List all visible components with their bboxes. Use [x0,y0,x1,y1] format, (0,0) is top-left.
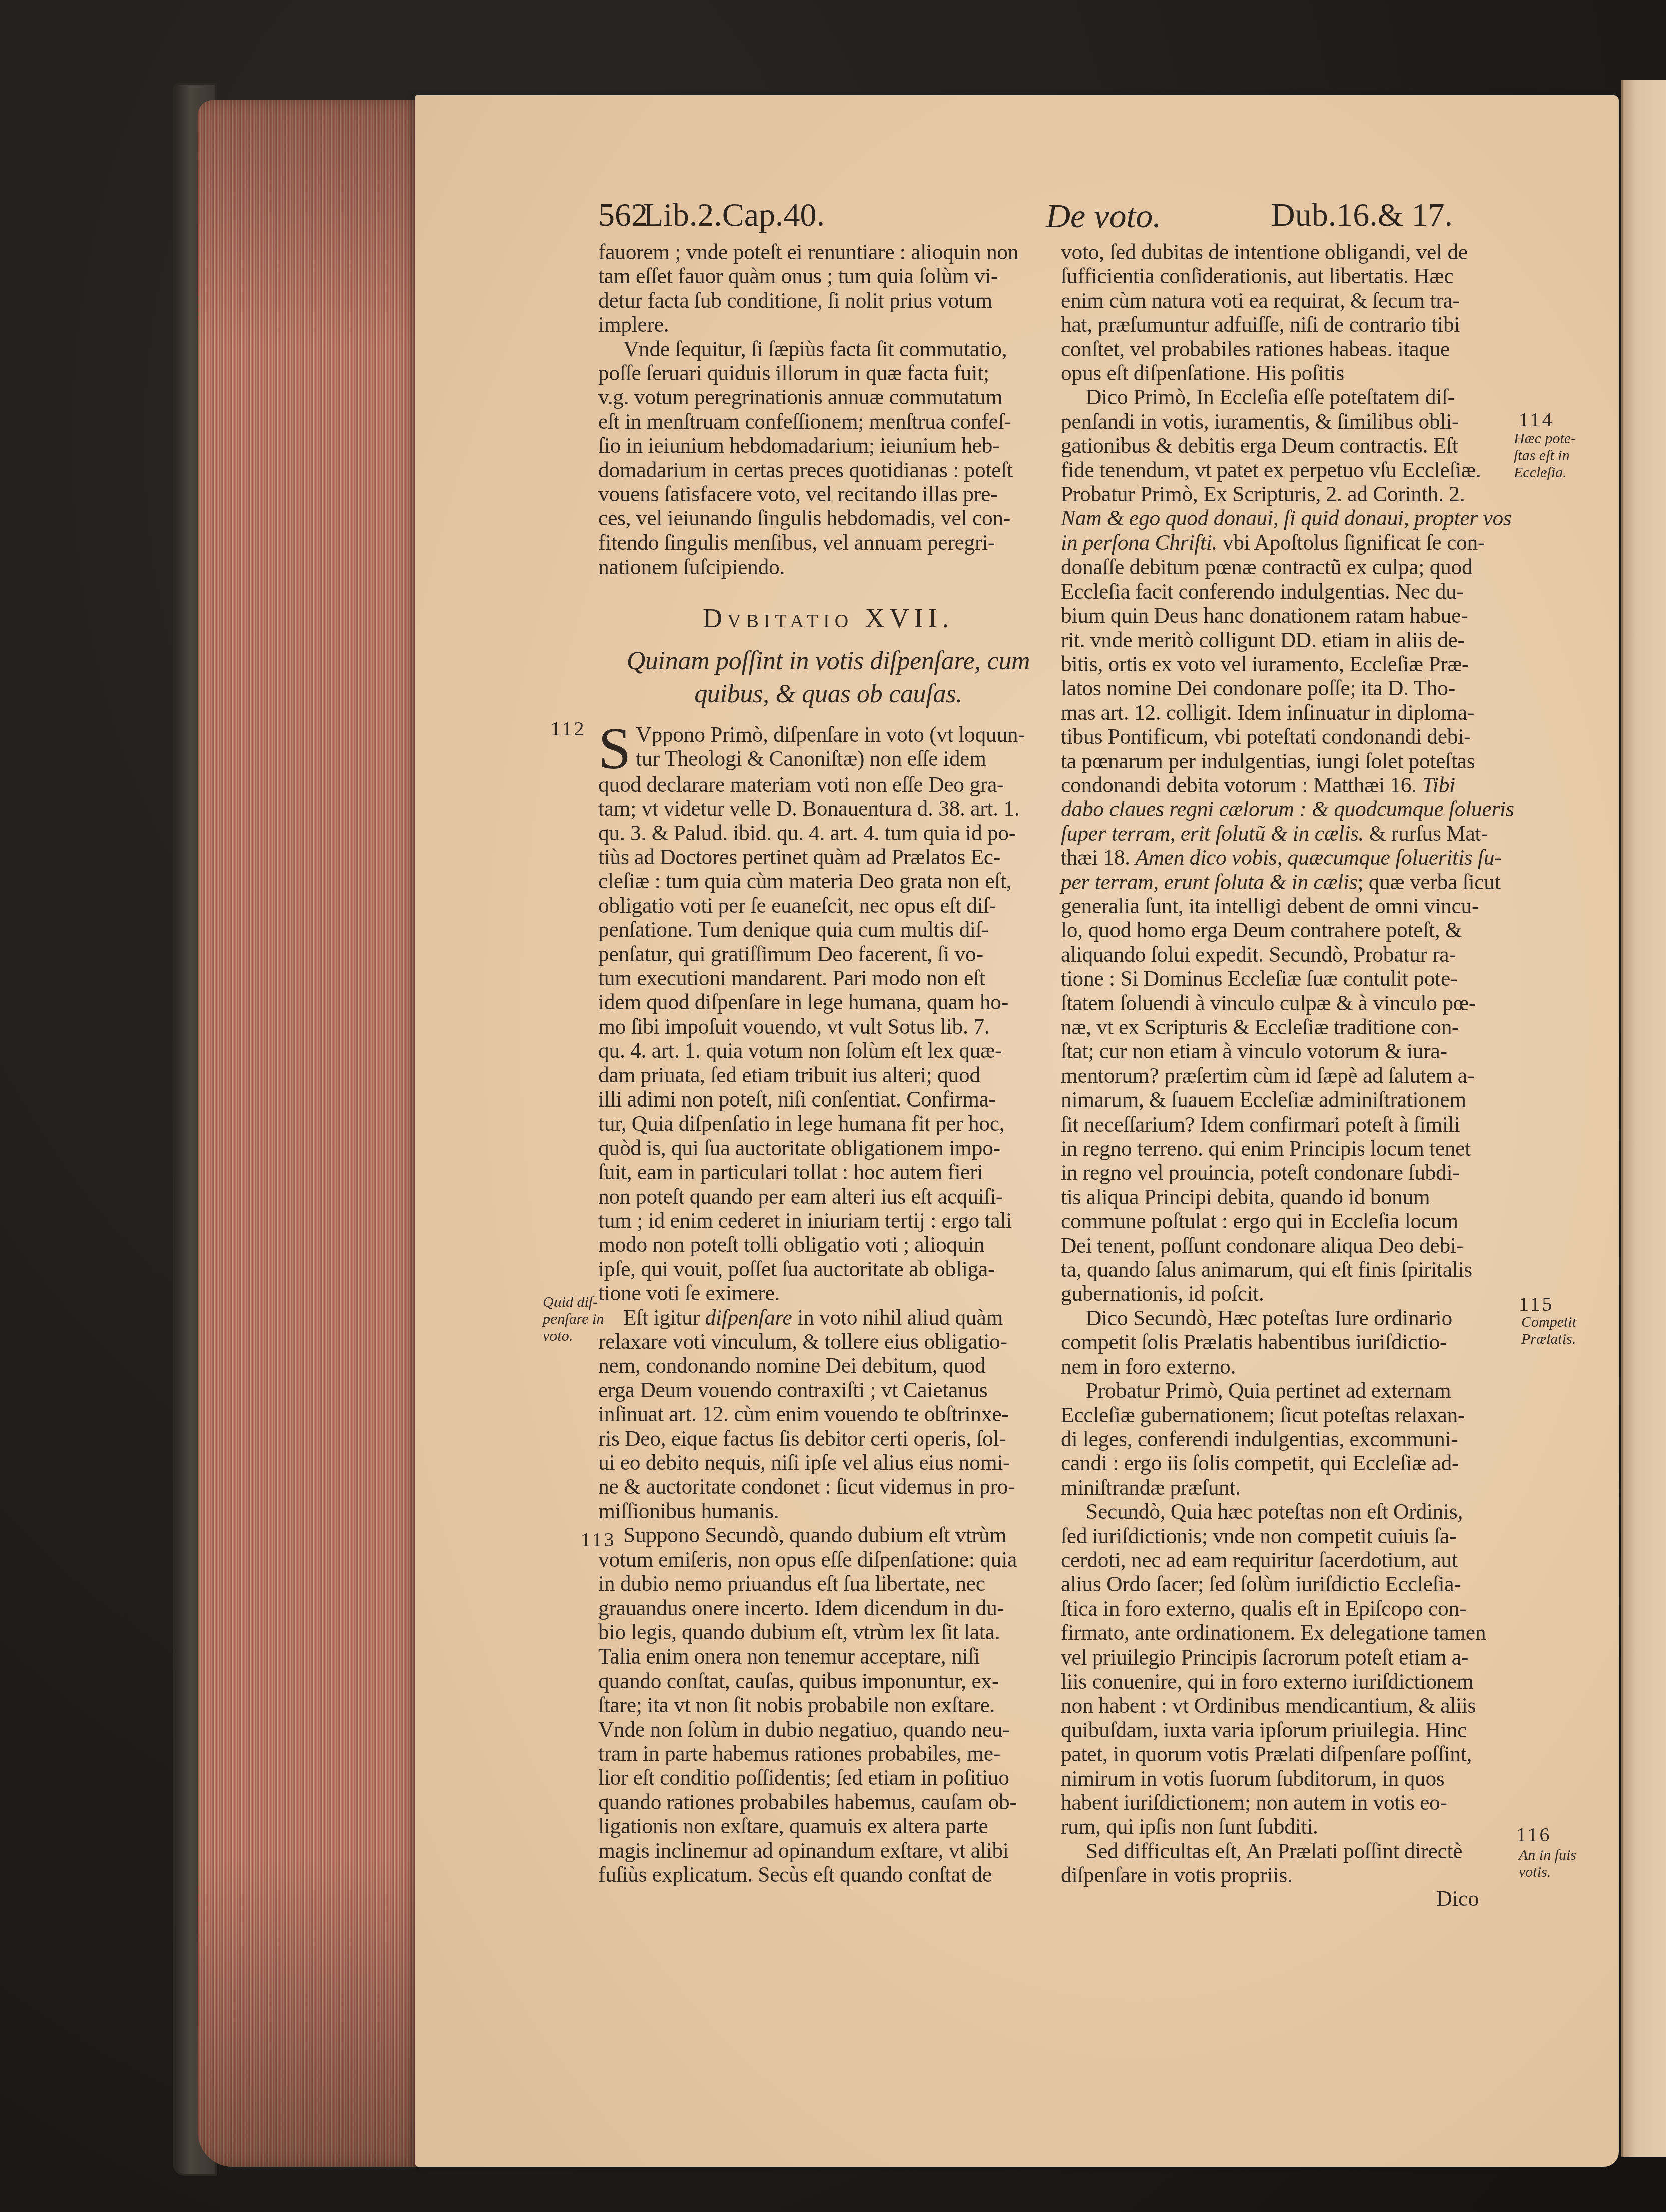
text-line: miniſtrandæ præſunt. [1061,1476,1541,1500]
text-line: conſtet, vel probabiles rationes habeas.… [1061,337,1541,361]
text-line: detur facta ſub conditione, ſi nolit pri… [598,289,1058,313]
text-line: votum emiſeris, non opus eſſe diſpenſati… [598,1548,1058,1572]
text-run: vbi Apoſtolus ſignificat ſe con- [1217,531,1485,555]
text-line: næ, vt ex Scripturis & Eccleſiæ traditio… [1061,1015,1541,1039]
text-line: quòd is, qui ſua auctoritate obligatione… [598,1136,1058,1160]
paragraph-secundo: Secundò, Quia hæc poteſtas non eſt Ordin… [1061,1500,1541,1839]
text-line: Vnde ſequitur, ſi ſæpiùs facta ſit commu… [598,337,1058,361]
text-line: ſuper terram, erit ſolutũ & in cælis. & … [1061,822,1541,846]
text-line: in regno terreno. qui enim Principis loc… [1061,1137,1541,1161]
text-line: ſtica in foro externo, qualis eſt in Epi… [1061,1597,1541,1621]
text-line: tam; vt videtur velle D. Bonauentura d. … [598,797,1058,821]
text-line: bitis, ortis ex voto vel iuramento, Eccl… [1061,652,1541,676]
text-line: nem, condonando nomine Dei debitum, quod [598,1354,1058,1378]
margin-note-line: penſare in [543,1311,604,1328]
text-line: relaxare voti vinculum, & tollere eius o… [598,1330,1058,1354]
text-line: in regno vel prouincia, poteſt condonare… [1061,1161,1541,1185]
text-line: penſatur, qui gratiſſimum Deo facerent, … [598,942,1058,966]
text-line: enim cùm natura voti ea requirat, & ſecu… [1061,289,1541,313]
text-line: tram in parte habemus rationes probabile… [598,1742,1058,1766]
margin-note-haec-potestas: Hæc pote- ſtas eſt in Eccleſia. [1514,430,1576,481]
text-line: ſtatem ſoluendi à vinculo culpæ & à vinc… [1061,991,1541,1015]
paragraph-114: Dico Primò, In Eccleſia eſſe poteſtatem … [1061,385,1541,1306]
text-line: liis conuenire, qui in foro externo iuri… [1061,1670,1541,1694]
text-run: in voto nihil aliud quàm [792,1306,1003,1330]
text-line: lo, quod homo erga Deum contrahere poteſ… [1061,918,1541,942]
text-line: competit ſolis Prælatis habentibus iuriſ… [1061,1330,1541,1354]
text-line: qu. 3. & Palud. ibid. qu. 4. art. 4. tum… [598,821,1058,845]
text-line: donaſſe debitum pœnæ contractũ ex culpa;… [1061,555,1541,579]
text-line: candi : ergo iis ſolis competit, qui Ecc… [1061,1451,1541,1475]
text-line: thæi 18. Amen dico vobis, quæcumque ſolu… [1061,846,1541,870]
scripture-quote: Tibi [1422,773,1455,797]
text-line: non poteſt quando per eam alteri ius eſt… [598,1185,1058,1209]
paragraph-continuation: fauorem ; vnde poteſt ei renuntiare : al… [598,240,1058,337]
text-line: rit. vnde meritò colligunt DD. etiam in … [1061,628,1541,652]
text-line: habent iuriſdictionem; non autem in voti… [1061,1791,1541,1815]
text-line: non habent : vt Ordinibus mendicantium, … [1061,1694,1541,1718]
text-line: tur, Quia diſpenſatio in lege humana fit… [598,1112,1058,1136]
paragraph-est-igitur: Eſt igitur diſpenſare in voto nihil aliu… [598,1306,1058,1524]
text-line: hat, præſumuntur adfuiſſe, niſi de contr… [1061,313,1541,337]
text-line: ſtat; cur non etiam à vinculo votorum & … [1061,1039,1541,1063]
text-line: generalia ſunt, ita intelligi debent de … [1061,894,1541,918]
margin-note-competit: Competit Prælatis. [1521,1314,1576,1348]
text-line: tum ; id enim cederet in iniuriam tertij… [598,1209,1058,1233]
text-line: di leges, conferendi indulgentias, excom… [1061,1427,1541,1451]
text-line: penſatione. Tum denique quia cum multis … [598,918,1058,942]
text-line: magis inclinemur ad opinandum exſtare, v… [598,1839,1058,1863]
text-line: ligationis non exſtare, quamuis ex alter… [598,1814,1058,1838]
text-line: Dei tenent, poſſunt condonare aliqua Deo… [1061,1234,1541,1258]
text-line: illi adimi non poteſt, niſi conſentiat. … [598,1087,1058,1112]
scripture-quote: dabo claues regni cælorum : & quodcumque… [1061,797,1541,821]
page-fore-edge [198,100,423,2167]
margin-note-line: An in ſuis [1519,1847,1576,1864]
text-line: nem in foro externo. [1061,1355,1541,1379]
text-line: qu. 4. art. 1. quia votum non ſolùm eſt … [598,1039,1058,1063]
text-line: aliquando ſolui expedit. Secundò, Probat… [1061,943,1541,967]
paragraph-number-114: 114 [1519,408,1554,431]
text-line: cleſiæ : tum quia cùm materia Deo grata … [598,869,1058,893]
text-line: vel priuilegio Principis ſacrorum poteſt… [1061,1645,1541,1670]
text-line: erga Deum vouendo contraxiſti ; vt Caiet… [598,1378,1058,1402]
text-line: tione : Si Dominus Eccleſiæ ſuæ contulit… [1061,967,1541,991]
text-line: miſſionibus humanis. [598,1499,1058,1523]
text-line: vouens ſatisfacere voto, vel recitando i… [598,482,1058,506]
text-line: fauorem ; vnde poteſt ei renuntiare : al… [598,240,1058,264]
text-line: alius Ordo ſacer; ſed ſolùm iuriſdictio … [1061,1572,1541,1596]
paragraph-number-113: 113 [581,1528,616,1551]
text-line: diſpenſare in votis propriis. [1061,1863,1541,1887]
text-run: thæi 18. [1061,846,1135,870]
margin-note-line: voto. [543,1328,604,1345]
text-line: fide tenendum, vt patet ex perpetuo vſu … [1061,458,1541,482]
text-line: Sed difficultas eſt, An Prælati poſſint … [1061,1839,1541,1863]
text-line: Vppono Primò, diſpenſare in voto (vt loq… [598,723,1058,747]
text-line: Eccleſiæ gubernationem; ſicut poteſtas r… [1061,1403,1541,1427]
text-line: fitendo ſingulis menſibus, vel annuam pe… [598,531,1058,555]
text-line: Probatur Primò, Quia pertinet ad externa… [1061,1379,1541,1403]
text-line: tur Theologi & Canoniſtæ) non eſſe idem [598,747,1058,771]
text-line: bio legis, quando dubium eſt, vtrùm lex … [598,1620,1058,1644]
text-line: ſio in ieiunium hebdomadarium; ieiunium … [598,434,1058,458]
text-line: eſt in menſtruam confeſſionem; menſtrua … [598,410,1058,434]
left-column: fauorem ; vnde poteſt ei renuntiare : al… [598,240,1058,1887]
text-line: penſandi in votis, iuramentis, & ſimilib… [1061,410,1541,434]
text-line: Dico Secundò, Hæc poteſtas Iure ordinari… [1061,1306,1541,1330]
text-line: dam priuata, ſed etiam tribuit ius alter… [598,1063,1058,1087]
text-line: tione voti ſe eximere. [598,1281,1058,1305]
text-line: ſit neceſſarium? Idem confirmari poteſt … [1061,1113,1541,1137]
text-line: lior eſt conditio poſſidentis; ſed etiam… [598,1766,1058,1790]
paragraph-115: Dico Secundò, Hæc poteſtas Iure ordinari… [1061,1306,1541,1379]
text-line: ui eo debito nequis, niſi ipſe vel alius… [598,1451,1058,1475]
margin-note-line: Competit [1521,1314,1576,1331]
scripture-quote: per terram, erunt ſoluta & in cælis [1061,870,1357,894]
text-line: modo non poteſt tolli obligatio voti ; a… [598,1233,1058,1257]
text-line: fuſiùs explicatum. Secùs eſt quando conſ… [598,1863,1058,1887]
scripture-quote: in perſona Chriſti. [1061,531,1217,555]
text-line: quando conſtat, cauſas, quibus imponuntu… [598,1669,1058,1693]
text-line: v.g. votum peregrinationis annuæ commuta… [598,385,1058,409]
text-line: bium quin Deus hanc donationem ratam hab… [1061,604,1541,628]
text-line: grauandus onere incerto. Idem dicendum i… [598,1596,1058,1620]
text-line: nimirum in votis ſuorum ſubditorum, in q… [1061,1767,1541,1791]
text-line: ſuit, eam in particulari tollat : hoc au… [598,1160,1058,1184]
paragraph-continuation: voto, ſed dubitas de intentione obligand… [1061,240,1541,385]
text-line: latos nomine Dei condonare poſſe; ita D.… [1061,676,1541,700]
text-line: domadarium in certas preces quotidianas … [598,458,1058,482]
text-line: quando rationes probabiles habemus, cauſ… [598,1790,1058,1814]
text-line: poſſe ſeruari quiduis illorum in quæ fac… [598,361,1058,385]
margin-note-quid-dispensare: Quid diſ- penſare in voto. [543,1294,604,1345]
text-line: in dubio nemo priuandus eſt ſua libertat… [598,1572,1058,1596]
text-line: ces, vel ieiunando ſingulis hebdomadis, … [598,506,1058,530]
text-line: Talia enim onera non tenemur acceptare, … [598,1644,1058,1669]
text-line: rum, qui ipſis non ſunt ſubditi. [1061,1815,1541,1839]
dubitatio-subtitle: Quinam poſſint in votis diſpenſare, cum [598,645,1058,678]
text-line: firmato, ante ordinationem. Ex delegatio… [1061,1621,1541,1645]
margin-note-an-in-suis: An in ſuis votis. [1519,1847,1576,1881]
text-line: Suppono Secundò, quando dubium eſt vtrùm [598,1523,1058,1547]
text-line: ſed iuriſdictionis; vnde non competit cu… [1061,1524,1541,1548]
page-number: 562 [598,196,648,234]
margin-note-line: Eccleſia. [1514,464,1576,481]
text-line: Eccleſia facit conferendo indulgentias. … [1061,580,1541,604]
paragraph-unde-sequitur: Vnde ſequitur, ſi ſæpiùs facta ſit commu… [598,337,1058,580]
facing-page-edge [1621,80,1666,2157]
text-line: Vnde non ſolùm in dubio negatiuo, quando… [598,1718,1058,1742]
text-line: gationibus & debitis erga Deum contracti… [1061,434,1541,458]
running-title: De voto. [1046,196,1161,236]
text-line: in perſona Chriſti. vbi Apoſtolus ſignif… [1061,531,1541,555]
text-line: ta pœnarum per indulgentias, iungi ſolet… [1061,749,1541,773]
margin-note-line: Quid diſ- [543,1294,604,1311]
text-line: ipſe, qui vouit, poſſet ſua auctoritate … [598,1257,1058,1281]
text-line: Secundò, Quia hæc poteſtas non eſt Ordin… [1061,1500,1541,1524]
text-line: ta, quando ſalus animarum, qui eſt finis… [1061,1258,1541,1282]
text-line: tiùs ad Doctores pertinet quàm ad Prælat… [598,845,1058,869]
text-line: obligatio voti per ſe euaneſcit, nec opu… [598,894,1058,918]
italic-term: diſpenſare [705,1306,792,1330]
text-run: & rurſus Mat- [1364,822,1488,846]
text-line: inſinuat art. 12. cùm enim vouendo te ob… [598,1402,1058,1426]
drop-cap: S [598,725,631,773]
margin-note-line: Hæc pote- [1514,430,1576,447]
text-run: condonandi debita votorum : Matthæi 16. [1061,773,1422,797]
text-line: gubernationis, id poſcit. [1061,1282,1541,1306]
paragraph-112: S Vppono Primò, diſpenſare in voto (vt l… [598,723,1058,1306]
running-head: 562 Lib.2.Cap.40. De voto. Dub.16.& 17. [598,196,1524,241]
paragraph-number-112: 112 [550,717,586,740]
dubitatio-subtitle: quibus, & quas ob cauſas. [598,678,1058,711]
text-line: mentorum? præſertim cùm id ſæpè ad ſalut… [1061,1064,1541,1088]
text-line: Probatur Primò, Ex Scripturis, 2. ad Cor… [1061,482,1541,506]
paragraph-probatur: Probatur Primò, Quia pertinet ad externa… [1061,1379,1541,1500]
text-line: cerdoti, nec ad eam requiritur ſacerdoti… [1061,1548,1541,1572]
paragraph-number-115: 115 [1519,1292,1554,1316]
paragraph-116: Sed difficultas eſt, An Prælati poſſint … [1061,1839,1541,1888]
paragraph-113: Suppono Secundò, quando dubium eſt vtrùm… [598,1523,1058,1887]
text-line: implere. [598,313,1058,337]
text-line: ris Deo, eique factus ſis debitor certi … [598,1427,1058,1451]
text-line: tibus Pontificum, vbi poteſtati condonan… [1061,725,1541,749]
text-run: ; quæ verba ſicut [1357,870,1500,894]
text-run: Eſt igitur [623,1306,705,1330]
scripture-quote: Amen dico vobis, quæcumque ſolueritis ſu… [1135,846,1501,870]
scripture-quote: Nam & ego quod donaui, ſi quid donaui, p… [1061,506,1541,530]
margin-note-line: Prælatis. [1521,1331,1576,1348]
catchword: Dico [1436,1886,1479,1911]
paragraph-number-116: 116 [1516,1823,1552,1846]
text-line: condonandi debita votorum : Matthæi 16. … [1061,773,1541,797]
margin-note-line: ſtas eſt in [1514,447,1576,464]
text-line: quod declarare materiam voti non eſſe De… [598,773,1058,797]
text-line: mas art. 12. colligit. Idem inſinuatur i… [1061,701,1541,725]
text-line: idem quod diſpenſare in lege humana, qua… [598,990,1058,1014]
text-line: tam eſſet fauor quàm onus ; tum quia ſol… [598,264,1058,288]
text-line: per terram, erunt ſoluta & in cælis; quæ… [1061,870,1541,894]
right-column: voto, ſed dubitas de intentione obligand… [1061,240,1541,1888]
text-line: mo ſibi impoſuit vouendo, vt vult Sotus … [598,1015,1058,1039]
text-line: ſtare; ita vt non ſit nobis probabile no… [598,1693,1058,1717]
dubitatio-heading: Dvbitatio XVII. [598,601,1058,636]
text-line: opus eſt diſpenſatione. His poſitis [1061,361,1541,385]
text-line: patet, in quorum votis Prælati diſpenſar… [1061,1742,1541,1766]
text-line: Eſt igitur diſpenſare in voto nihil aliu… [598,1306,1058,1330]
scripture-quote: ſuper terram, erit ſolutũ & in cælis. [1061,822,1364,846]
text-line: ſufficientia conſiderationis, aut libert… [1061,264,1541,288]
text-line: voto, ſed dubitas de intentione obligand… [1061,240,1541,264]
dubitationes-ref: Dub.16.& 17. [1271,196,1453,234]
text-line: Dico Primò, In Eccleſia eſſe poteſtatem … [1061,385,1541,409]
text-line: tis aliqua Principi debita, quando id bo… [1061,1185,1541,1209]
text-line: nimarum, & ſuauem Eccleſiæ adminiſtratio… [1061,1088,1541,1112]
book-chapter: Lib.2.Cap.40. [643,196,825,234]
text-line: commune poſtulat : ergo qui in Eccleſia … [1061,1209,1541,1233]
text-line: quibuſdam, iuxta varia ipſorum priuilegi… [1061,1718,1541,1742]
text-line: ne & auctoritate condonet : ſicut videmu… [598,1475,1058,1499]
text-line: tum executioni mandarent. Pari modo non … [598,966,1058,990]
margin-note-line: votis. [1519,1864,1576,1881]
text-line: nationem ſuſcipiendo. [598,555,1058,579]
